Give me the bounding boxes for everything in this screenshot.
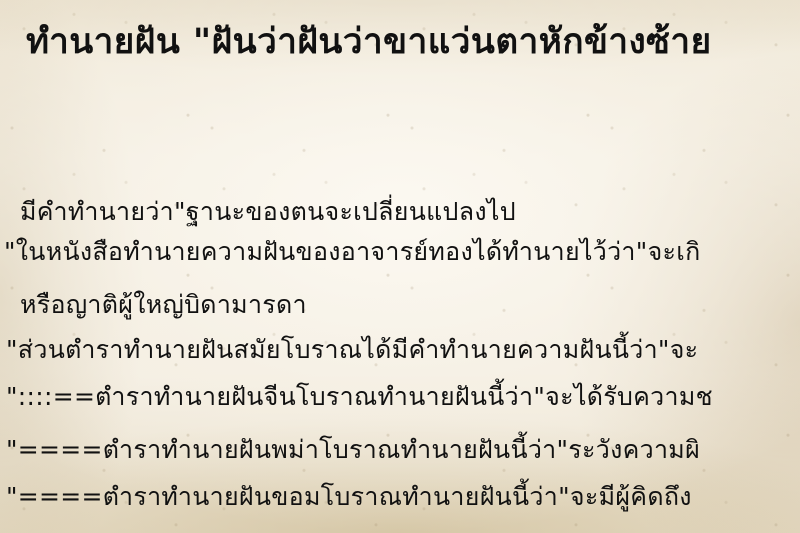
- interpretation-line-chinese: "::::==ตำราทำนายฝันจีนโบราณทำนายฝันนี้ว่…: [6, 377, 713, 417]
- interpretation-line-general: มีคำทำนายว่า"ฐานะของตนจะเปลี่ยนแปลงไป: [20, 192, 516, 232]
- page-title: ทำนายฝัน "ฝันว่าฝันว่าขาแว่นตาหักข้างซ้า…: [26, 12, 712, 72]
- interpretation-line-burmese: "====ตำราทำนายฝันพม่าโบราณทำนายฝันนี้ว่า…: [6, 430, 700, 470]
- interpretation-line-elders: หรือญาติผู้ใหญ่บิดามารดา: [20, 285, 307, 325]
- interpretation-line-khmer: "====ตำราทำนายฝันขอมโบราณทำนายฝันนี้ว่า"…: [6, 477, 692, 517]
- interpretation-line-achan-thong: "ในหนังสือทำนายความฝันของอาจารย์ทองได้ทำ…: [4, 232, 701, 272]
- interpretation-line-ancient: "ส่วนตำราทำนายฝันสมัยโบราณได้มีคำทำนายคว…: [6, 330, 698, 370]
- dream-interpretation-card: ทำนายฝัน "ฝันว่าฝันว่าขาแว่นตาหักข้างซ้า…: [0, 0, 800, 533]
